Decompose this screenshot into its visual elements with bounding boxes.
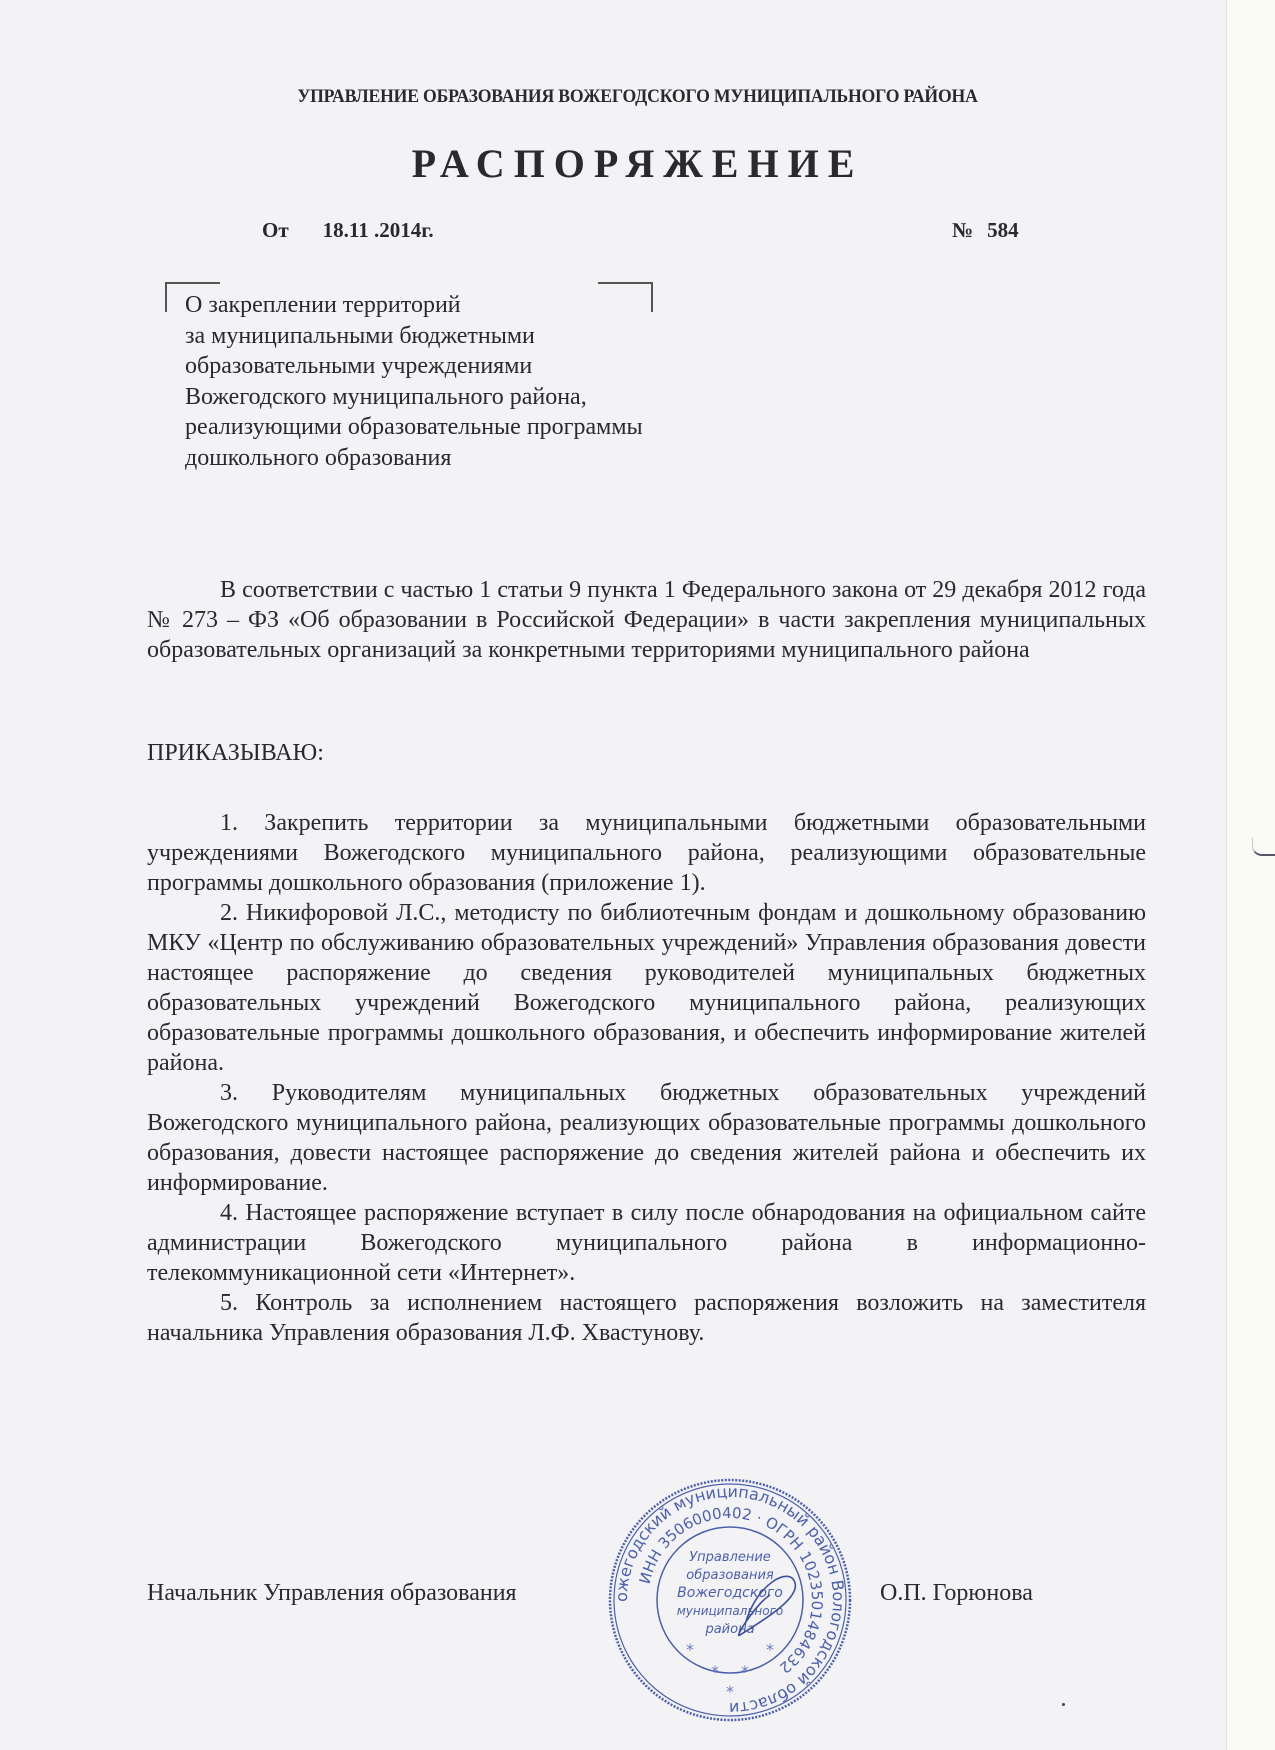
svg-text:Управление: Управление [689,1550,771,1565]
svg-text:*: * [766,1640,774,1659]
svg-text:муниципального: муниципального [677,1604,784,1618]
scan-speck [1062,1703,1065,1706]
date-label: От [262,218,289,242]
svg-text:*: * [741,1662,749,1681]
order-items: 1. Закрепить территории за муниципальным… [147,808,1146,1348]
subject-block: О закреплении территорий за муниципальны… [185,290,643,473]
subject-line: дошкольного образования [185,443,643,474]
date-value: 18.11 .2014г. [323,218,434,242]
subject-line: образовательными учреждениями [185,351,643,382]
paper-clip-mark [1252,838,1275,856]
svg-text:*: * [686,1640,694,1659]
subject-line: Вожегодского муниципального района, [185,382,643,413]
stamp-seal-icon: Вожегодский муниципальный район Вологодс… [605,1475,855,1725]
scan-edge-strip [1226,0,1275,1750]
official-stamp: Вожегодский муниципальный район Вологодс… [605,1475,855,1725]
document-number: №584 [952,218,1019,243]
subject-line: О закреплении территорий [185,290,643,321]
order-item-5: 5. Контроль за исполнением настоящего ра… [147,1288,1146,1348]
svg-text:*: * [726,1682,734,1701]
svg-text:района: района [704,1622,754,1637]
number-label: № [952,218,973,242]
organization-header: УПРАВЛЕНИЕ ОБРАЗОВАНИЯ ВОЖЕГОДСКОГО МУНИ… [45,86,1231,108]
document-date: От18.11 .2014г. [262,218,434,243]
preamble-text: В соответствии с частью 1 статьи 9 пункт… [147,575,1146,665]
document-title: РАСПОРЯЖЕНИЕ [0,140,1275,187]
number-value: 584 [987,218,1019,242]
order-item-3: 3. Руководителям муниципальных бюджетных… [147,1078,1146,1198]
subject-line: за муниципальными бюджетными [185,321,643,352]
order-item-2: 2. Никифоровой Л.С., методисту по библио… [147,898,1146,1078]
order-word: ПРИКАЗЫВАЮ: [147,740,324,767]
signatory-name: О.П. Горюнова [880,1580,1033,1607]
order-item-4: 4. Настоящее распоряжение вступает в сил… [147,1198,1146,1288]
order-item-1: 1. Закрепить территории за муниципальным… [147,808,1146,898]
signatory-position: Начальник Управления образования [147,1580,517,1607]
preamble: В соответствии с частью 1 статьи 9 пункт… [147,575,1146,665]
subject-line: реализующими образовательные программы [185,412,643,443]
svg-text:*: * [711,1662,719,1681]
svg-text:образования: образования [686,1568,774,1583]
svg-text:Вожегодского: Вожегодского [677,1585,783,1601]
